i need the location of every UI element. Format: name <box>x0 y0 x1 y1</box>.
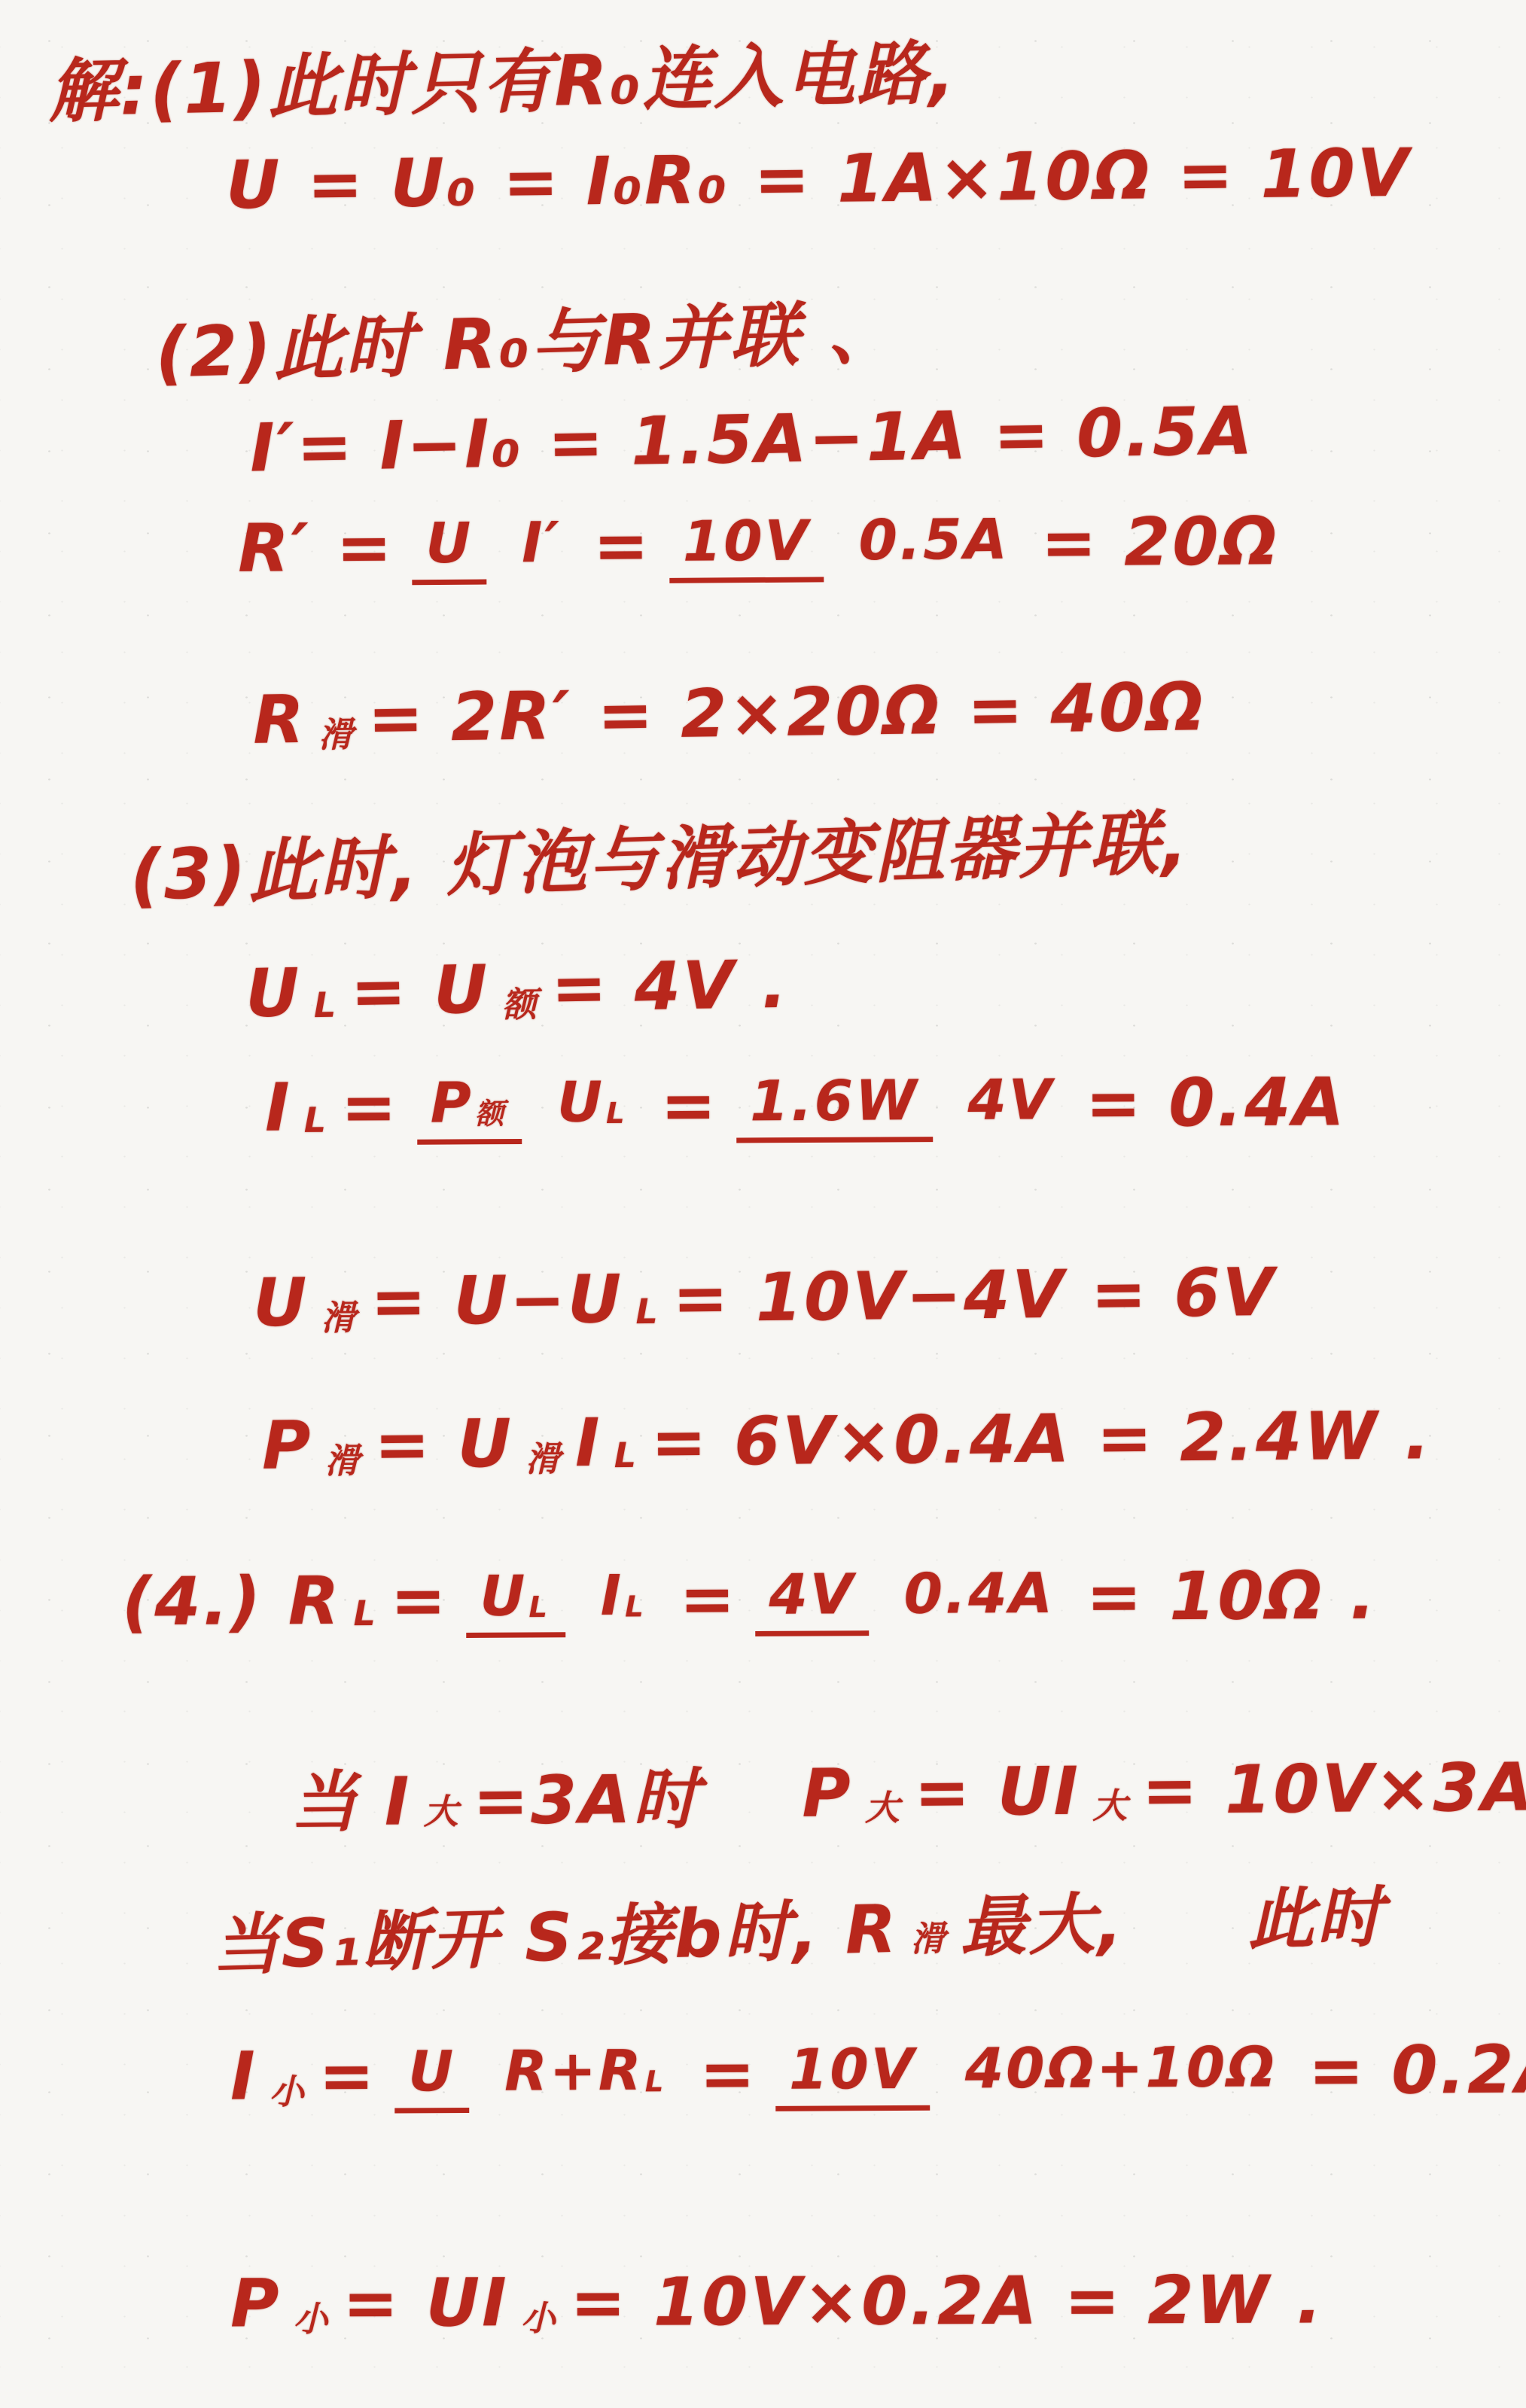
equation-lamp-voltage: U L = U 额 = 4V . <box>245 945 790 1033</box>
equals-sign: = <box>699 2035 757 2112</box>
equals-sign: = <box>390 1561 448 1639</box>
equation-source-voltage: U = U₀ = I₀R₀ = 1A×10Ω = 10V <box>226 134 1412 224</box>
step2-header-text: (2)此时 R₀与R并联 、 <box>154 277 900 397</box>
fraction-10v-over-05a: 10V 0.5A <box>669 505 1023 583</box>
result: = 10V×0.2A = 2W . <box>570 2260 1323 2340</box>
middle: = U−U <box>370 1260 624 1341</box>
fraction-u-over-r-plus-rl: U R+RL <box>394 2036 682 2114</box>
symbol-subscript: 大 <box>865 1780 900 1830</box>
numerator: 10V <box>775 2041 931 2111</box>
denominator: 0.4A <box>890 1559 1068 1624</box>
result: = 6V×0.4A = 2.4W . <box>650 1396 1432 1481</box>
equals-sign: = <box>318 2037 376 2114</box>
equation-min-current: I 小 = U R+RL = 10V 40Ω+10Ω = 0.2A <box>230 2030 1526 2114</box>
equation-lamp-current: I L = P额 UL = 1.6W 4V = 0.4A <box>265 1063 1347 1146</box>
fraction-rated-power: P额 UL <box>416 1067 642 1144</box>
equation-max-power: 当 I 大 =3A时 P 大 = UI 大 = 10V×3A = 30W <box>290 1737 1526 1845</box>
equals-sign: = <box>341 1068 399 1146</box>
numerator: 4V <box>755 1566 869 1636</box>
symbol-base: P <box>230 2264 282 2342</box>
result: = 10V−4V = 6V <box>672 1253 1276 1337</box>
symbol-base: R <box>252 680 306 759</box>
step1-header-text: 解:(1)此时只有R₀连入电路, <box>47 17 958 135</box>
fraction-4v-over-04a: 4V 0.4A <box>755 1559 1068 1636</box>
fraction-10v-over-50ohm: 10V 40Ω+10Ω <box>775 2032 1291 2111</box>
notebook-page: 解:(1)此时只有R₀连入电路, U = U₀ = I₀R₀ = 1A×10Ω … <box>0 0 1526 2408</box>
symbol-subscript: 大 <box>1092 1779 1127 1828</box>
result: = 0.4A <box>1086 1063 1347 1142</box>
equation-text: U = U₀ = I₀R₀ = 1A×10Ω = 10V <box>226 134 1412 224</box>
solution-step1-header: 解:(1)此时只有R₀连入电路, <box>47 17 958 135</box>
symbol-subscript: 滑 <box>324 1433 359 1483</box>
symbol-base: P <box>802 1754 853 1832</box>
condition-text: 最大, <box>958 1871 1125 1969</box>
symbol-subscript: 滑 <box>318 707 354 757</box>
symbol-subscript: L <box>614 1435 637 1475</box>
numerator: UL <box>466 1567 565 1637</box>
symbol-subscript: L <box>304 1100 326 1140</box>
symbol-subscript: 额 <box>501 976 537 1027</box>
numerator: P额 <box>416 1074 522 1144</box>
equation-resistance-r-prime: R′ = U I′ = 10V 0.5A = 20Ω <box>238 502 1280 587</box>
symbol-base: P <box>262 1406 313 1484</box>
condition-text: 此时 <box>1247 1865 1386 1962</box>
numerator: U <box>412 515 487 585</box>
symbol-subscript: 滑 <box>525 1431 560 1481</box>
equals-sign: = <box>679 1560 737 1637</box>
equation-min-power: P 小 = UI 小 = 10V×0.2A = 2W . <box>230 2260 1324 2342</box>
condition-text: 当 I <box>290 1749 411 1844</box>
condition-min-current: 当S₁断开 S₂接b时, R 滑 最大, 此时 <box>212 1865 1386 1988</box>
result: = 10Ω . <box>1086 1557 1378 1636</box>
denominator: IL <box>586 1561 661 1626</box>
lhs: R′ = <box>238 508 394 586</box>
symbol-base: I <box>265 1069 292 1146</box>
middle: = U <box>374 1405 514 1484</box>
symbol-base: I <box>230 2037 257 2114</box>
symbol-subscript: 滑 <box>910 1911 946 1962</box>
denominator: I′ <box>508 508 576 573</box>
denominator: 40Ω+10Ω <box>951 2032 1290 2099</box>
equation-rheostat-voltage: U 滑 = U−U L = 10V−4V = 6V <box>252 1253 1276 1341</box>
middle: = UI <box>914 1752 1080 1831</box>
equation-rheostat-max-resistance: R 滑 = 2R′ = 2×20Ω = 40Ω <box>252 668 1206 759</box>
equals-sign: = <box>660 1067 718 1144</box>
middle: = U <box>350 951 491 1030</box>
equation-lamp-resistance: (4.) R L = UL IL = 4V 0.4A = 10Ω . <box>122 1557 1378 1641</box>
denominator: 0.5A <box>845 505 1023 571</box>
equation-text: = 2R′ = 2×20Ω = 40Ω <box>367 668 1206 757</box>
step4-prefix: (4.) R <box>122 1562 342 1641</box>
symbol-subscript: L <box>353 1594 375 1633</box>
middle: I <box>574 1404 602 1481</box>
condition-text: =3A时 <box>473 1746 702 1843</box>
symbol-subscript: L <box>313 985 336 1026</box>
equation-rheostat-power: P 滑 = U 滑 I L = 6V×0.4A = 2.4W . <box>262 1396 1433 1484</box>
result: = 10V×3A = 30W <box>1141 1746 1526 1829</box>
symbol-subscript: 大 <box>423 1784 458 1834</box>
equation-current-difference: I′= I−I₀ = 1.5A−1A = 0.5A <box>249 391 1255 486</box>
denominator: 4V <box>954 1065 1068 1130</box>
equals-sign: = <box>593 507 651 585</box>
solution-step2-header: (2)此时 R₀与R并联 、 <box>154 277 900 397</box>
step3-header-text: (3)此时, 灯泡与滑动变阻器并联, <box>128 787 1190 920</box>
fraction-16w-over-4v: 1.6W 4V <box>736 1065 1068 1143</box>
result: = 4V . <box>550 945 790 1027</box>
symbol-subscript: 滑 <box>321 1290 355 1340</box>
fraction-u-over-i: U I′ <box>412 508 575 585</box>
numerator: 10V <box>669 513 824 583</box>
fraction-ul-over-il: UL IL <box>466 1561 662 1638</box>
numerator: 1.6W <box>736 1072 933 1143</box>
solution-step3-header: (3)此时, 灯泡与滑动变阻器并联, <box>128 787 1190 920</box>
symbol-subscript: 小 <box>521 2291 556 2340</box>
numerator: U <box>394 2043 469 2113</box>
condition-text: 当S₁断开 S₂接b时, R <box>212 1877 900 1988</box>
denominator: UL <box>544 1067 643 1132</box>
symbol-subscript: L <box>635 1292 658 1332</box>
symbol-base: U <box>245 954 302 1032</box>
symbol-subscript: 小 <box>293 2291 327 2341</box>
equation-text: I′= I−I₀ = 1.5A−1A = 0.5A <box>249 391 1255 486</box>
denominator: R+RL <box>491 2036 682 2102</box>
result: = 0.2A <box>1308 2030 1526 2109</box>
middle: = UI <box>343 2263 509 2342</box>
result: = 20Ω <box>1040 502 1279 581</box>
symbol-base: U <box>252 1263 309 1341</box>
symbol-subscript: 小 <box>270 2064 304 2114</box>
